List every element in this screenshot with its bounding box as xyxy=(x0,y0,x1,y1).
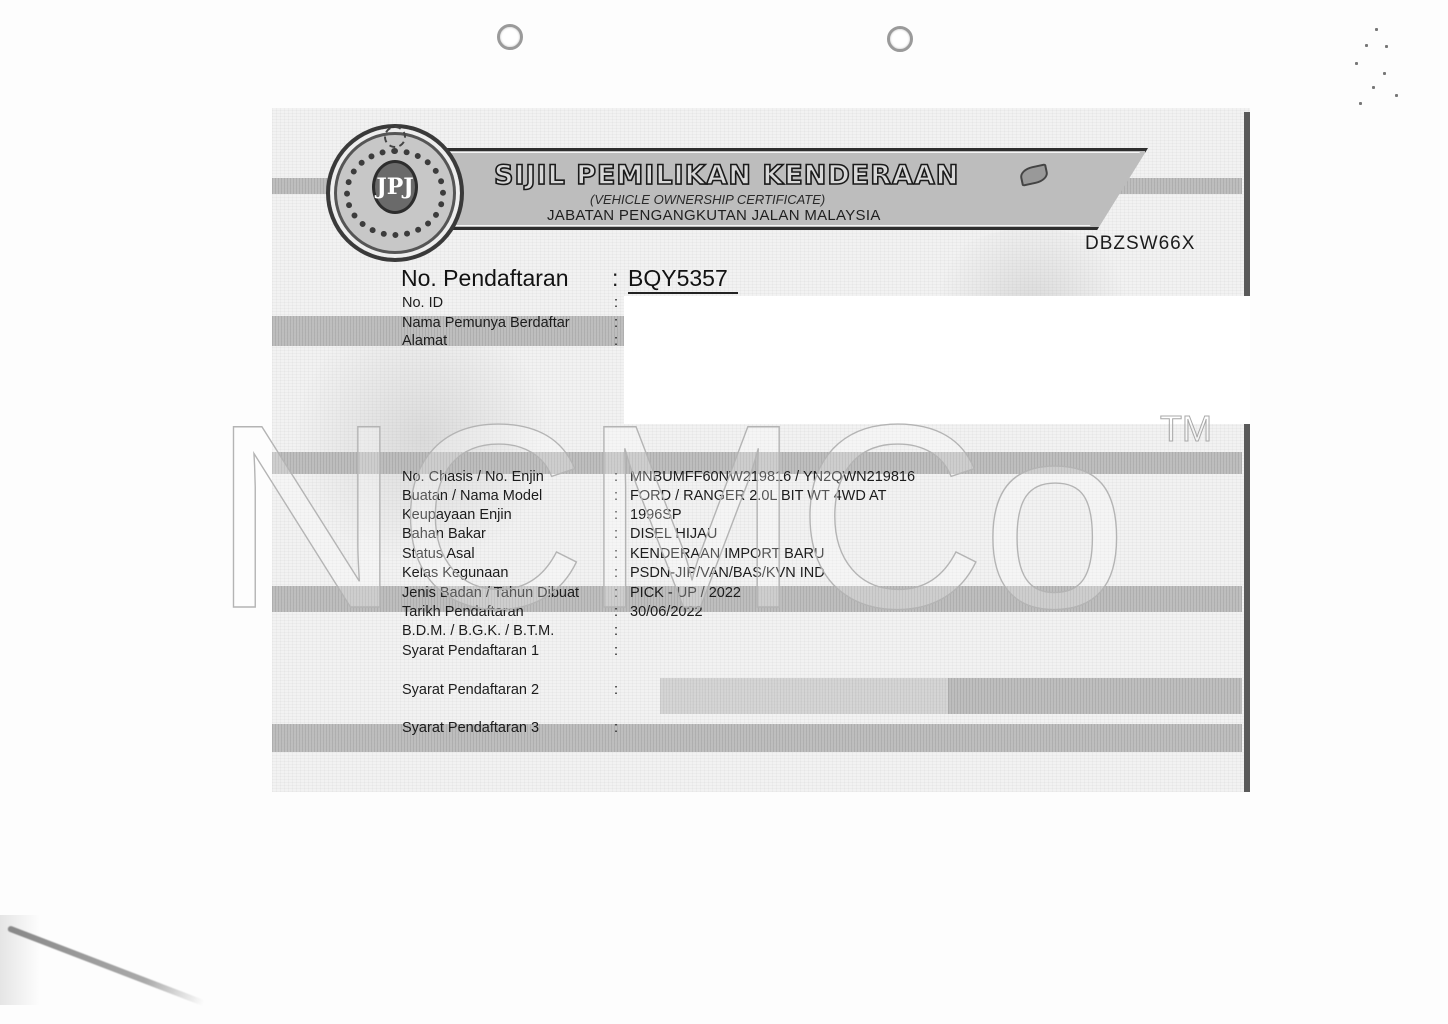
field-label: Bahan Bakar xyxy=(402,526,614,542)
field-chassis-engine: No. Chasis / No. Enjin:MNBUMFF60NW219816… xyxy=(402,469,915,485)
registration-number: BQY5357 xyxy=(628,265,738,294)
field-value: KENDERAAN IMPORT BARU xyxy=(630,546,824,562)
field-fuel-type: Bahan Bakar:DISEL HIJAU xyxy=(402,526,717,542)
stripe-band xyxy=(948,678,1242,714)
field-value: 30/06/2022 xyxy=(630,604,703,620)
field-owner-name: Nama Pemunya Berdaftar: xyxy=(402,315,630,331)
field-origin-status: Status Asal:KENDERAAN IMPORT BARU xyxy=(402,546,824,562)
field-value: DISEL HIJAU xyxy=(630,526,717,542)
field-condition-3: Syarat Pendaftaran 3: xyxy=(402,720,630,736)
field-label: Kelas Kegunaan xyxy=(402,565,614,581)
vehicle-ownership-certificate: JPJ SIJIL PEMILIKAN KENDERAAN (VEHICLE O… xyxy=(272,108,1250,792)
field-label: No. Chasis / No. Enjin xyxy=(402,469,614,485)
watermark-trademark: TM xyxy=(1160,408,1212,450)
field-value: PSDN-JIP/VAN/BAS/KVN IND xyxy=(630,565,825,581)
jpj-logo-icon: JPJ xyxy=(372,160,418,214)
scan-edge xyxy=(1244,112,1250,792)
field-colon: : xyxy=(614,720,630,736)
field-label: Jenis Badan / Tahun Dibuat xyxy=(402,585,614,601)
field-address: Alamat: xyxy=(402,333,630,349)
field-label: Nama Pemunya Berdaftar xyxy=(402,315,614,331)
field-colon: : xyxy=(614,488,630,504)
field-colon: : xyxy=(614,546,630,562)
field-make-model: Buatan / Nama Model:FORD / RANGER 2.0L B… xyxy=(402,488,886,504)
field-value: FORD / RANGER 2.0L BIT WT 4WD AT xyxy=(630,488,886,504)
field-usage-class: Kelas Kegunaan:PSDN-JIP/VAN/BAS/KVN IND xyxy=(402,565,825,581)
field-colon: : xyxy=(614,604,630,620)
field-engine-capacity: Keupayaan Enjin:1996SP xyxy=(402,507,682,523)
field-colon: : xyxy=(614,565,630,581)
registration-label: No. Pendaftaran xyxy=(401,265,569,292)
department-name: JABATAN PENGANGKUTAN JALAN MALAYSIA xyxy=(547,207,881,224)
field-label: Syarat Pendaftaran 1 xyxy=(402,643,614,659)
field-colon: : xyxy=(614,526,630,542)
star-icon xyxy=(384,126,406,148)
field-label: Syarat Pendaftaran 3 xyxy=(402,720,614,736)
field-label: Status Asal xyxy=(402,546,614,562)
stripe-band xyxy=(660,678,950,714)
scan-specks xyxy=(1355,28,1415,108)
field-body-year: Jenis Badan / Tahun Dibuat:PICK - UP / 2… xyxy=(402,585,741,601)
serial-number: DBZSW66X xyxy=(1085,233,1195,255)
field-colon: : xyxy=(614,507,630,523)
field-label: Syarat Pendaftaran 2 xyxy=(402,682,614,698)
field-colon: : xyxy=(614,469,630,485)
field-colon: : xyxy=(614,682,630,698)
field-colon: : xyxy=(614,585,630,601)
redacted-owner-details xyxy=(624,296,1250,424)
field-value: 1996SP xyxy=(630,507,682,523)
certificate-title: SIJIL PEMILIKAN KENDERAAN xyxy=(494,160,959,191)
field-id-number: No. ID: xyxy=(402,295,630,311)
punch-hole-right xyxy=(887,26,913,52)
certificate-subtitle: (VEHICLE OWNERSHIP CERTIFICATE) xyxy=(590,192,825,207)
field-label: Alamat xyxy=(402,333,614,349)
field-label: B.D.M. / B.G.K. / B.T.M. xyxy=(402,623,614,639)
field-registration-date: Tarikh Pendaftaran:30/06/2022 xyxy=(402,604,703,620)
field-colon: : xyxy=(614,623,630,639)
field-condition-2: Syarat Pendaftaran 2: xyxy=(402,682,630,698)
field-label: Tarikh Pendaftaran xyxy=(402,604,614,620)
field-label: Keupayaan Enjin xyxy=(402,507,614,523)
field-colon: : xyxy=(614,643,630,659)
punch-hole-left xyxy=(497,24,523,50)
field-label: Buatan / Nama Model xyxy=(402,488,614,504)
field-label: No. ID xyxy=(402,295,614,311)
field-weight: B.D.M. / B.G.K. / B.T.M.: xyxy=(402,623,630,639)
field-value: MNBUMFF60NW219816 / YN2QWN219816 xyxy=(630,469,915,485)
field-condition-1: Syarat Pendaftaran 1: xyxy=(402,643,630,659)
registration-colon: : xyxy=(612,265,618,292)
field-value: PICK - UP / 2022 xyxy=(630,585,741,601)
